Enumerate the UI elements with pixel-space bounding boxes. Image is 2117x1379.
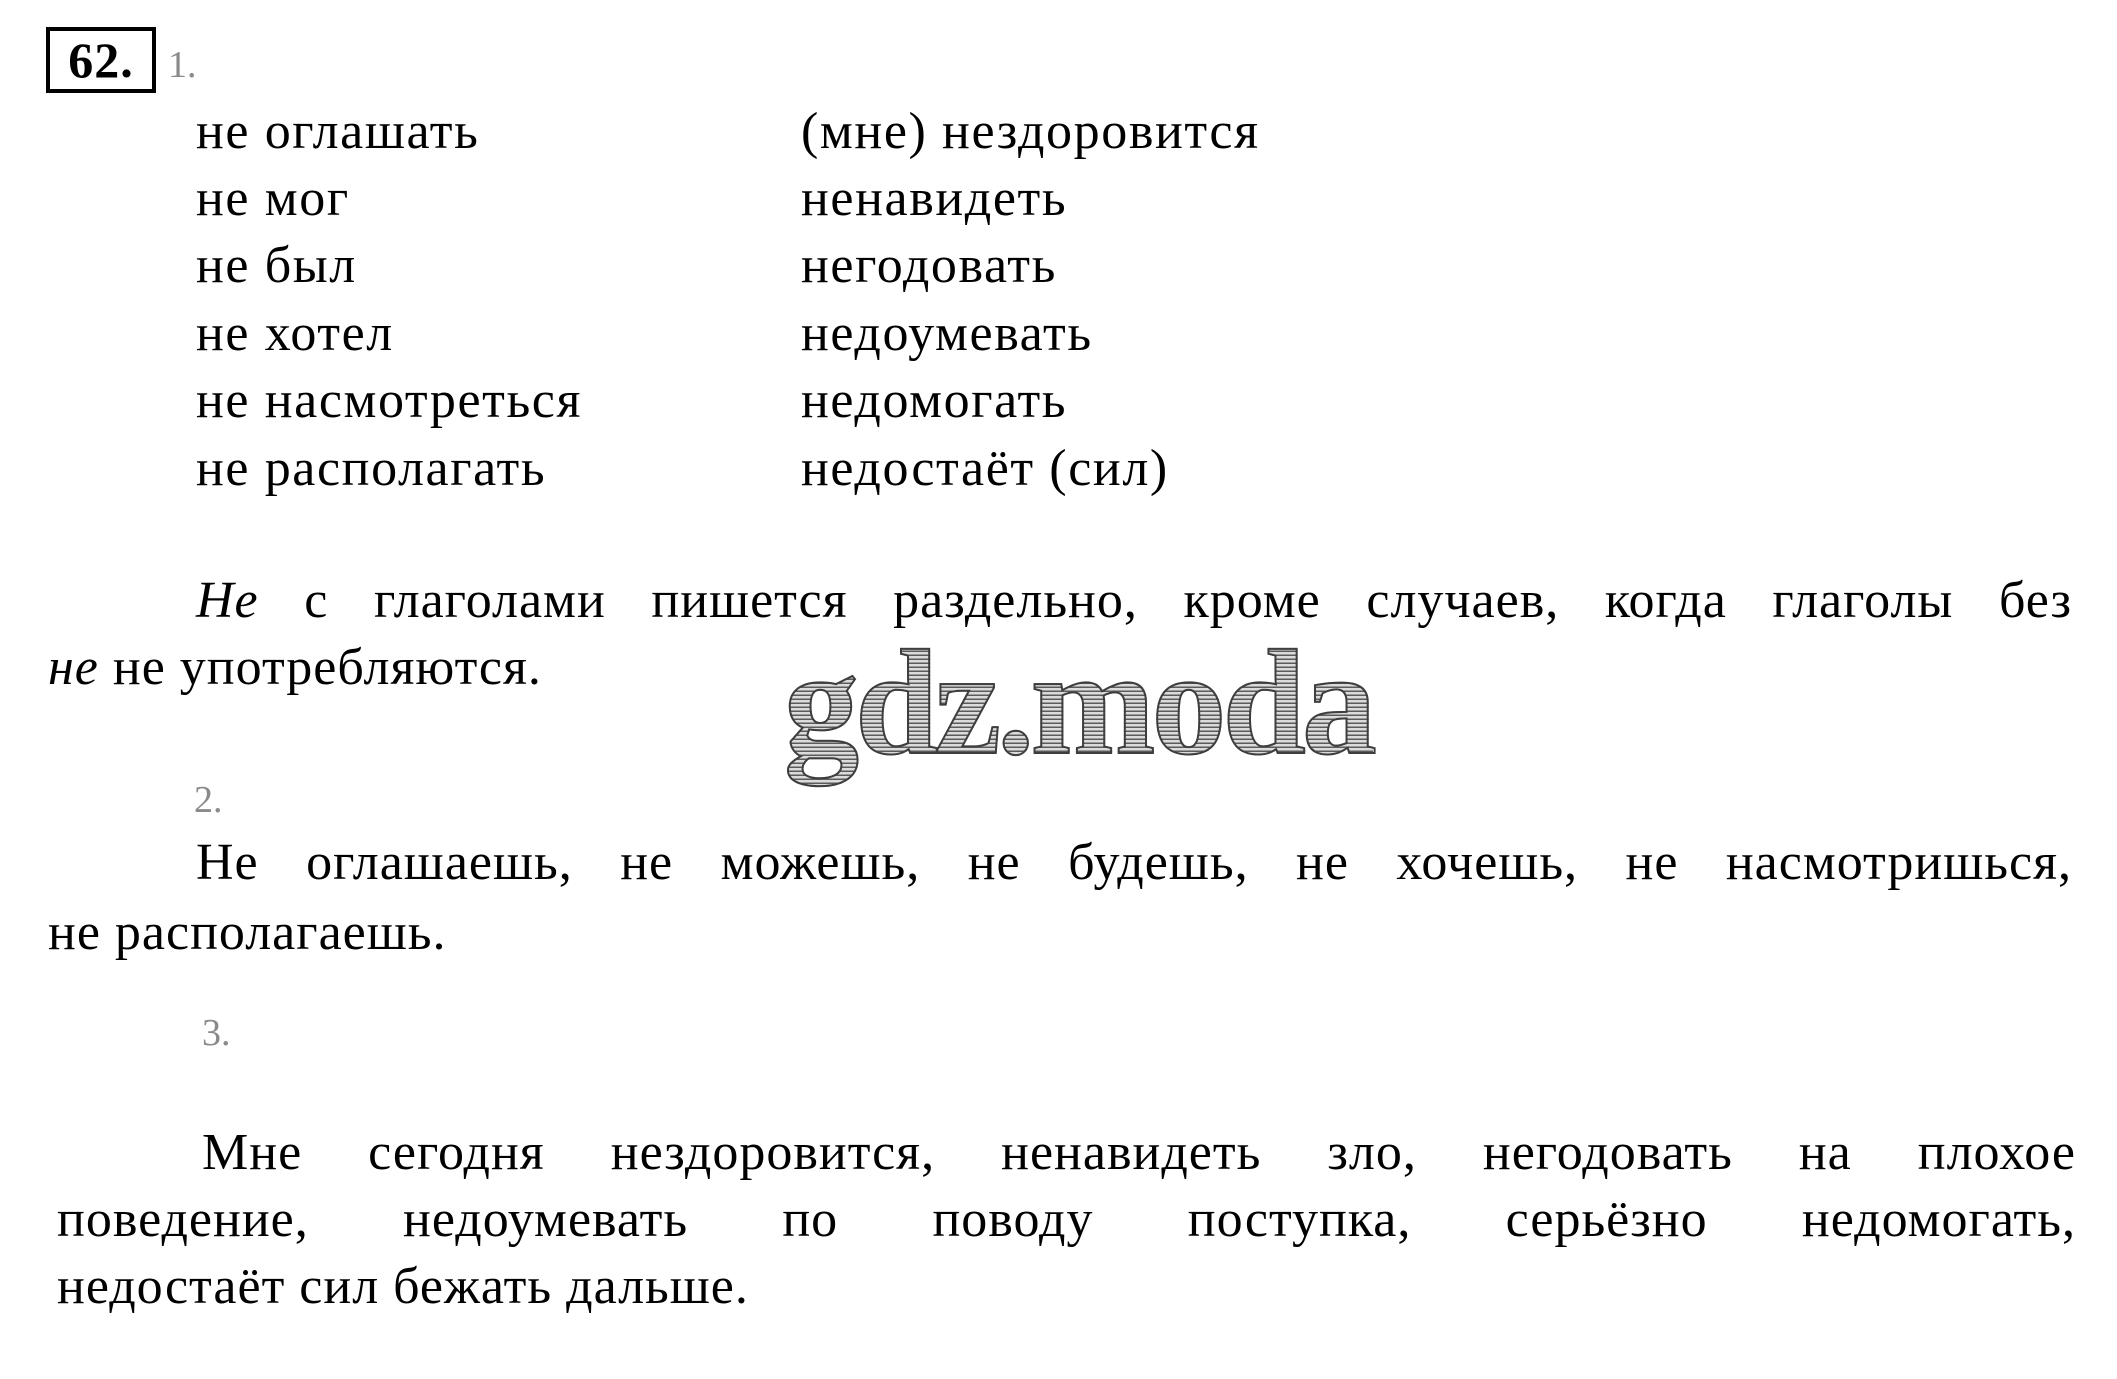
rule-line-2-text: не употребляются. xyxy=(113,639,542,696)
part-2-label: 2. xyxy=(194,780,223,820)
right-word-3: негодовать xyxy=(801,236,1057,296)
left-word-3: не был xyxy=(196,236,357,296)
left-word-5: не насмотреться xyxy=(196,371,582,431)
rule-italic-ne: Не xyxy=(196,572,259,629)
part-3-line-2: поведение, недоумевать по поводу поступк… xyxy=(57,1190,2076,1250)
rule-line-2: не не употребляются. xyxy=(48,638,542,698)
right-word-4: недоумевать xyxy=(801,304,1093,364)
left-word-6: не располагать xyxy=(196,439,546,499)
part-2-line-1: Не оглашаешь, не можешь, не будешь, не х… xyxy=(196,833,2072,893)
part-3-line-1: Мне сегодня нездоровится, ненавидеть зло… xyxy=(202,1123,2076,1183)
rule-italic-ne-2: не xyxy=(48,639,99,696)
part-3-label: 3. xyxy=(202,1013,231,1053)
left-word-2: не мог xyxy=(196,169,350,229)
right-word-1: (мне) нездоровится xyxy=(801,102,1260,162)
left-word-4: не хотел xyxy=(196,304,394,364)
right-word-2: ненавидеть xyxy=(801,169,1067,229)
watermark-logo: gdz.moda xyxy=(784,618,1373,788)
part-2-line-2: не располагаешь. xyxy=(48,903,446,963)
part-1-label: 1. xyxy=(168,45,197,85)
right-word-5: недомогать xyxy=(801,371,1067,431)
left-word-1: не оглашать xyxy=(196,102,479,162)
exercise-number-badge: 62. xyxy=(46,27,156,93)
right-word-6: недостаёт (сил) xyxy=(801,439,1169,499)
part-3-line-3: недостаёт сил бежать дальше. xyxy=(57,1257,749,1317)
